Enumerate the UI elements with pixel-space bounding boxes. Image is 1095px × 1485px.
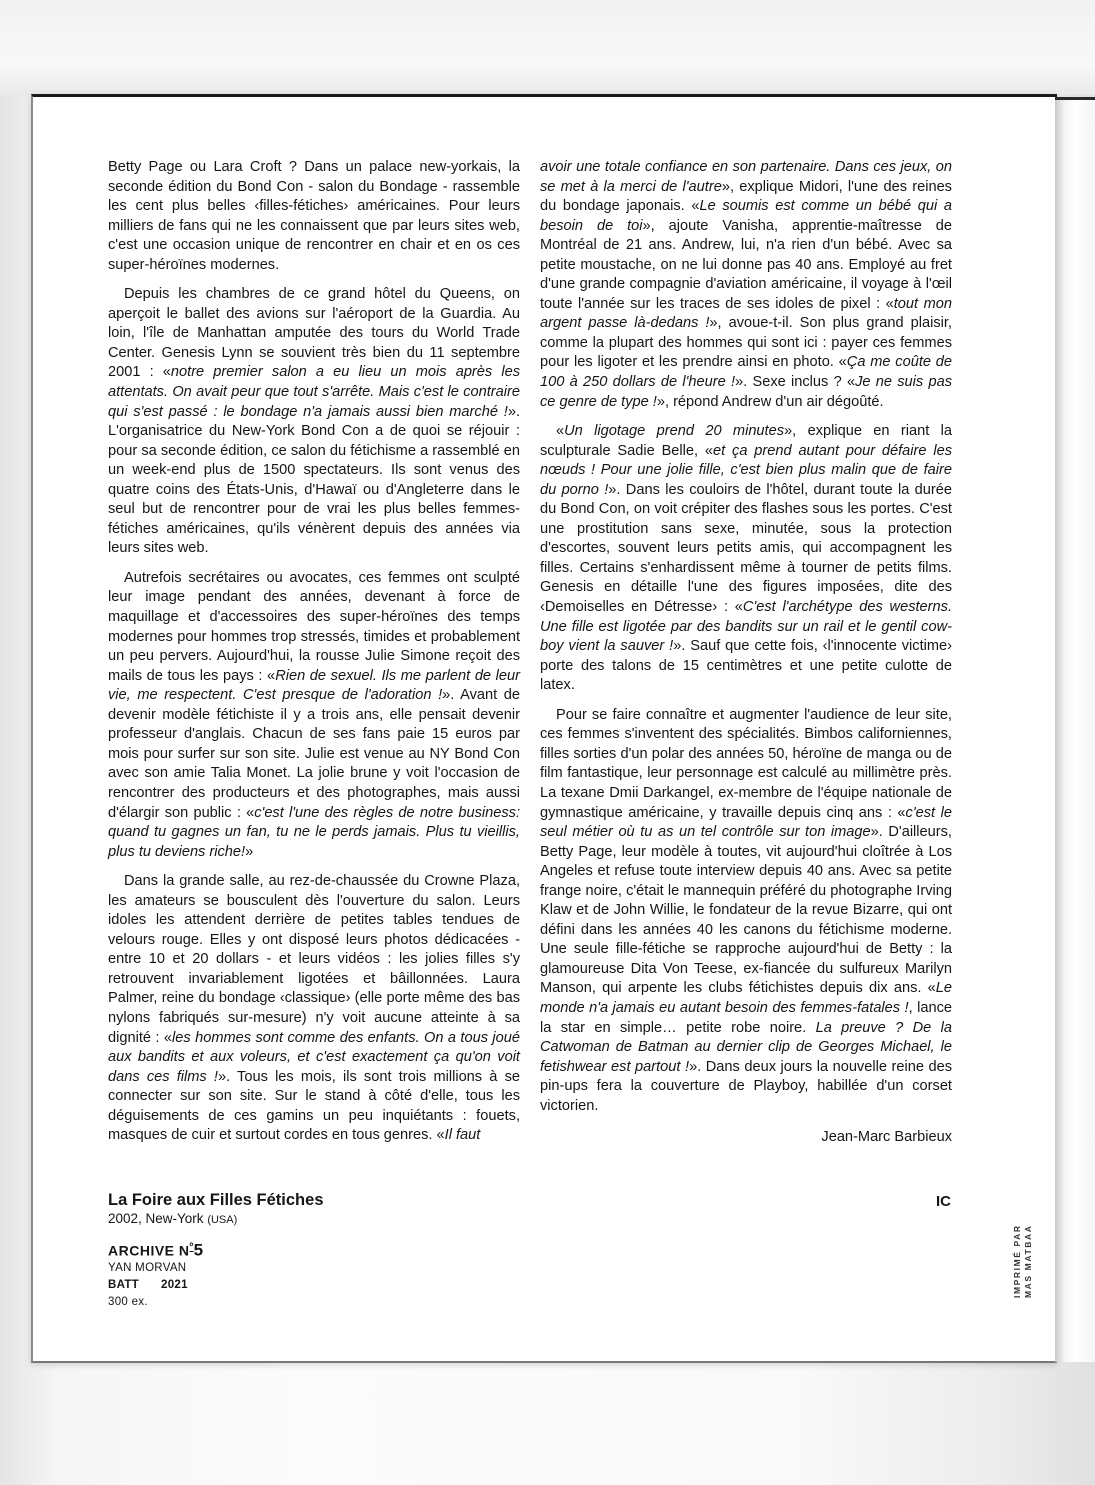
page-mark: IC bbox=[936, 1193, 951, 1210]
article-paragraph: Betty Page ou Lara Croft ? Dans un palac… bbox=[108, 158, 520, 275]
article-paragraph: Depuis les chambres de ce grand hôtel du… bbox=[108, 285, 520, 559]
article-paragraph: avoir une totale confiance en son parten… bbox=[540, 158, 952, 412]
footer-credits: La Foire aux Filles Fétiches 2002, New-Y… bbox=[108, 1190, 324, 1311]
article-title: La Foire aux Filles Fétiches bbox=[108, 1190, 324, 1210]
article-paragraph: Autrefois secrétaires ou avocates, ces f… bbox=[108, 569, 520, 862]
printer-credit-vertical: IMPRIMÉ PAR MAS MATBAA bbox=[1012, 1224, 1034, 1298]
author-signature: Jean-Marc Barbieux bbox=[540, 1128, 952, 1148]
photographer-name: YAN MORVAN bbox=[108, 1260, 324, 1277]
article-paragraph: Dans la grande salle, au rez-de-chaussée… bbox=[108, 872, 520, 1146]
article-column-left: Betty Page ou Lara Croft ? Dans un palac… bbox=[108, 158, 520, 1156]
edition-count: 300 ex. bbox=[108, 1294, 324, 1311]
scan-background-top bbox=[0, 0, 1095, 95]
publisher-year: BATT2021 bbox=[108, 1277, 324, 1294]
page-spine bbox=[1055, 97, 1095, 1362]
article-column-right: avoir une totale confiance en son parten… bbox=[540, 158, 952, 1158]
article-paragraph: Pour se faire connaître et augmenter l'a… bbox=[540, 706, 952, 1116]
country-label: (USA) bbox=[207, 1214, 237, 1226]
article-location-date: 2002, New-York (USA) bbox=[108, 1210, 324, 1229]
archive-number: ARCHIVE Nº5 bbox=[108, 1239, 324, 1260]
article-paragraph: «Un ligotage prend 20 minutes», explique… bbox=[540, 422, 952, 696]
